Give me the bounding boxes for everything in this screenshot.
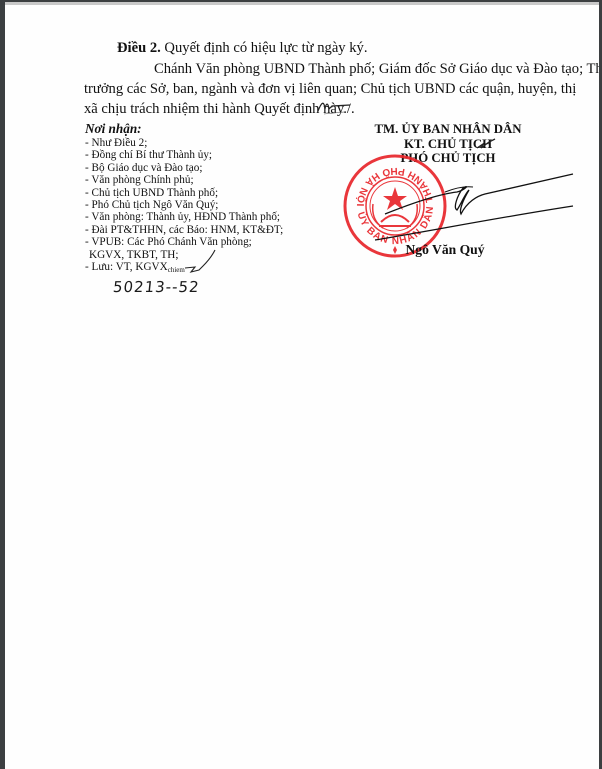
sign-line-1: TM. ỦY BAN NHÂN DÂN (355, 122, 541, 137)
recipient-item: - Văn phòng: Thành ủy, HĐND Thành phố; (85, 211, 283, 223)
recipient-item: - Như Điều 2; (85, 137, 283, 149)
handwritten-number: 50213--52 (112, 278, 201, 296)
archive-text: - Lưu: VT, KGVX (85, 261, 168, 273)
recipient-item: - Chủ tịch UBND Thành phố; (85, 187, 283, 199)
recipient-item: - Bộ Giáo dục và Đào tạo; (85, 162, 283, 174)
recipient-item: - Phó Chủ tịch Ngô Văn Quý; (85, 199, 283, 211)
responsibility-line: Chánh Văn phòng UBND Thành phố; Giám đốc… (84, 59, 557, 79)
responsibility-line: trưởng các Sở, ban, ngành và đơn vị liên… (14, 79, 557, 99)
page-top-edge (5, 2, 599, 5)
article-label: Điều 2. (117, 40, 161, 56)
responsibility-line: xã chịu trách nhiệm thi hành Quyết định … (14, 99, 355, 119)
recipient-item: - Đồng chí Bí thư Thành ủy; (85, 149, 283, 161)
recipient-item: - Đài PT&THHN, các Báo: HNM, KT&ĐT; (85, 224, 283, 236)
recipients-title: Nơi nhận: (85, 122, 283, 136)
archive-initials-icon (183, 248, 223, 274)
sign-line-2: KT. CHỦ TỊCH (355, 137, 541, 152)
initials-mark-icon (316, 97, 356, 117)
document-viewer: Điều 2. Quyết định có hiệu lực từ ngày k… (0, 0, 602, 769)
recipient-item: - VPUB: Các Phó Chánh Văn phòng; (85, 236, 283, 248)
document-page: Điều 2. Quyết định có hiệu lực từ ngày k… (5, 2, 599, 769)
title-initial-icon (475, 137, 497, 151)
article-text: Quyết định có hiệu lực từ ngày ký. (161, 40, 368, 56)
article-2: Điều 2. Quyết định có hiệu lực từ ngày k… (117, 38, 368, 58)
signer-name: Ngô Văn Quý (375, 242, 515, 258)
recipient-item: - Văn phòng Chính phủ; (85, 174, 283, 186)
